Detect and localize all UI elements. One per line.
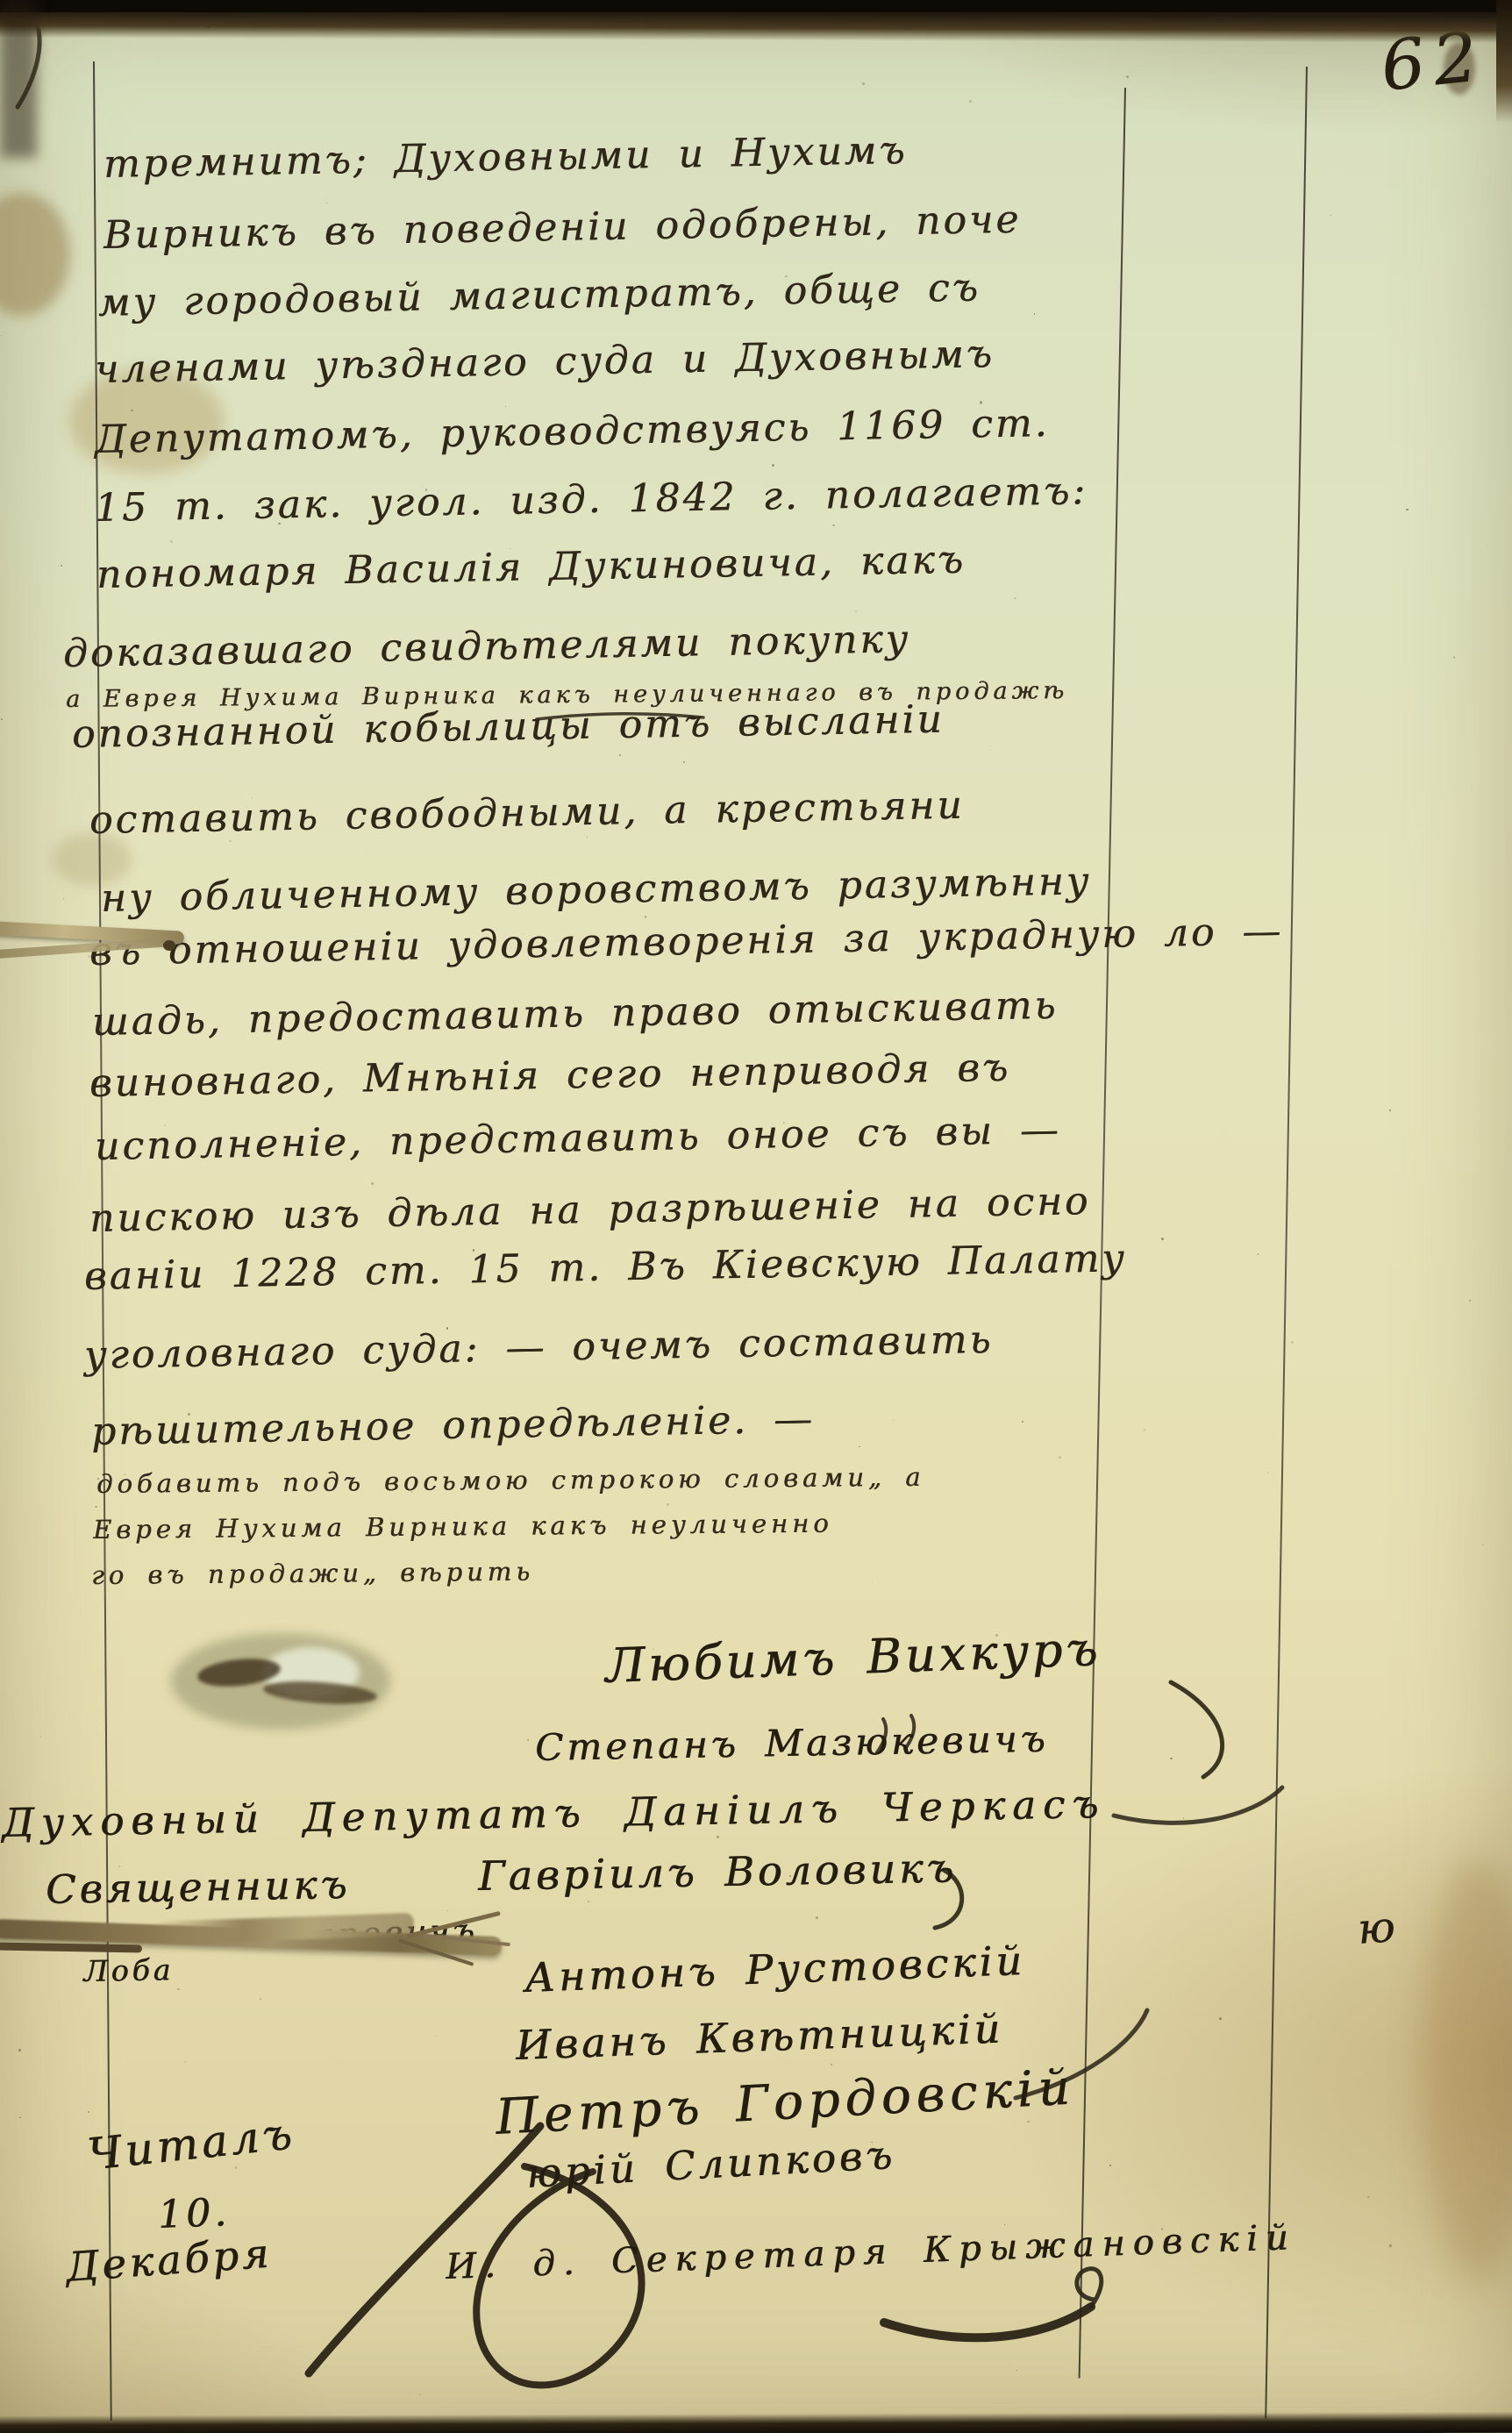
paper-speck [862,82,865,85]
paper-speck [170,540,173,543]
manuscript-line: членами уѣзднаго суда и Духовнымъ [95,332,995,392]
paper-speck [436,2036,437,2037]
paper-speck [1453,656,1456,659]
secretary-underline-stroke [884,2307,1091,2337]
paper-speck [683,761,684,762]
paper-speck [619,754,621,756]
paper-speck [859,1446,859,1447]
paper-speck [1016,2370,1017,2371]
margin-rule-left [93,61,112,2421]
manuscript-line: пономаря Василія Дукиновича, какъ [96,538,966,597]
manuscript-line: шадь, предоставить право отыскивать [92,983,1059,1045]
paper-speck [1183,1817,1184,1818]
manuscript-line: ну обличенному воровствомъ разумѣнну [101,859,1092,921]
paper-speck [1144,1429,1145,1431]
scan-edge-top [0,0,1512,43]
paper-speck [18,2049,21,2051]
manuscript-line: рѣшительное опредѣленіе. — [91,1397,816,1454]
paper-speck [1,718,3,720]
paper-speck [1219,2017,1222,2020]
corner-scribble-icon [51,4,209,26]
manuscript-line: уголовнаго суда: — очемъ составить [84,1317,994,1378]
manuscript-line: доказавшаго свидѣтелями покупку [63,617,911,676]
manuscript-line: 15 т. зак. угол. изд. 1842 г. полагаетъ: [95,468,1088,531]
paper-speck [1367,2196,1369,2198]
paper-speck [1034,313,1036,315]
paper-speck [1170,1758,1173,1760]
scan-edge-left-corner [0,0,37,158]
paper-speck [1004,2224,1005,2225]
paper-speck [717,1836,719,1838]
manuscript-line: исполненіе, представить оное съ вы — [95,1108,1062,1169]
manuscript-line: виновнаго, Мнѣнія сего неприводя въ [89,1045,1011,1106]
signature-line: Читалъ [85,2108,297,2180]
manuscript-line: въ отношеніи удовлетворенія за украдную … [89,909,1284,974]
margin-rule-right-inner [1079,88,1126,2379]
paper-speck [1291,1341,1294,1344]
paper-speck [832,524,835,527]
stain-right-edge [1421,1859,1512,2280]
manuscript-line: Депутатомъ, руководствуясь 1169 ст. [95,401,1050,462]
paper-speck [1482,1545,1483,1545]
paper-speck [1109,2165,1111,2166]
manuscript-page: тремнитъ; Духовными и НухимъВирникъ въ п… [0,0,1512,2433]
signature-line: Духовный Депутатъ Даніилъ Черкасъ [2,1780,1106,1846]
paper-speck [1022,1421,1023,1423]
signature-line: И. д. Секретаря Крыжановскій [445,2217,1296,2287]
vihkur-tail-stroke [1171,1682,1223,1777]
corner-scribble-icon [18,5,39,107]
signature-line: Декабря [64,2230,274,2291]
stain-bottom-left-dark-2 [262,1678,377,1707]
paper-speck [831,2064,832,2066]
paper-speck [235,2166,238,2169]
paper-speck [1258,1253,1259,1254]
paper-speck [588,1901,589,1902]
stain-bottom-left-dark-1 [196,1655,282,1690]
paper-speck [1126,75,1129,78]
manuscript-line: Вирникъ въ поведеніи одобрены, поче [103,197,1022,258]
margin-note: ю [1356,1902,1396,1954]
paper-speck [63,898,64,899]
paper-speck [990,750,991,751]
paper-speck [1406,509,1409,511]
paper-speck [371,1182,374,1185]
paper-speck [816,1916,817,1918]
signature-line: Степанъ Мазюкевичъ [535,1717,1049,1769]
manuscript-line: му городовый магистратъ, обще съ [98,265,981,325]
paper-speck [1330,215,1331,216]
signature-line: Гавріилъ Воловикъ [478,1844,958,1900]
scan-edge-top-lip [0,0,1512,12]
paper-speck [893,1420,894,1421]
paper-speck [1267,1472,1268,1473]
manuscript-line: го въ продажи„ вѣрить [91,1557,534,1590]
paper-speck [1014,597,1016,599]
paper-speck [872,1581,873,1582]
paper-speck [1059,1456,1061,1459]
stain-bottom-left-pale [263,1647,360,1698]
paper-speck [645,916,647,918]
signature-line: Антонъ Рустовскій [524,1937,1026,2001]
paper-speck [88,2111,89,2113]
paper-speck [772,464,774,467]
paper-speck [131,410,133,412]
paper-speck [40,1737,41,1737]
paper-speck [969,100,972,103]
manuscript-line: Еврея Нухима Вирника какъ неуличенно [93,1509,833,1545]
paper-speck [419,2394,420,2395]
scan-edge-bottom [0,2412,1512,2433]
paper-speck [95,1506,97,1509]
paper-speck [855,610,857,612]
scan-edge-right [1496,0,1512,123]
signature-line: 10. [157,2190,231,2237]
paper-speck [1471,789,1472,790]
paper-speck [667,1503,668,1505]
thread-artifact-bottom [0,1905,572,1989]
manuscript-line: пискою изъ дѣла на разрѣшеніе на осно [89,1179,1091,1241]
paper-speck [527,1739,529,1741]
signature-line: Иванъ Квѣтницкій [515,2005,1004,2069]
paper-speck [326,203,327,203]
page-number: 62 [1377,18,1489,107]
stain-bottom-left [171,1633,390,1730]
paper-speck [1161,1238,1164,1240]
paper-speck [587,837,588,838]
manuscript-line: оставить свободными, а крестьяни [89,783,966,843]
paper-speck [184,2061,186,2063]
paper-speck [1487,546,1488,546]
manuscript-line: добавить подъ восьмою строкою словами„ а [96,1462,925,1499]
paper-speck [1389,2244,1392,2247]
signature-line: Петръ Гордовскій [494,2058,1076,2146]
paper-speck [159,61,160,62]
thread-artifact-left [0,917,202,974]
margin-rule-right-outer [1265,67,1308,2419]
paper-speck [1469,1300,1471,1302]
paper-speck [61,565,62,567]
paper-speck [505,406,506,407]
paper-speck [367,853,367,854]
paper-speck [1389,1109,1391,1111]
manuscript-line: ваніи 1228 ст. 15 т. Въ Кіевскую Палату [84,1236,1128,1299]
paper-speck [19,2117,20,2118]
stain-top-left [0,193,70,316]
paper-speck [1027,2121,1029,2123]
cherkas-tail-stroke [1114,1787,1282,1823]
signature-line: Любимъ Вихкуръ [604,1621,1102,1694]
manuscript-line: тремнитъ; Духовными и Нухимъ [103,128,908,187]
paper-speck [1,335,2,336]
paper-speck [260,1998,261,2000]
